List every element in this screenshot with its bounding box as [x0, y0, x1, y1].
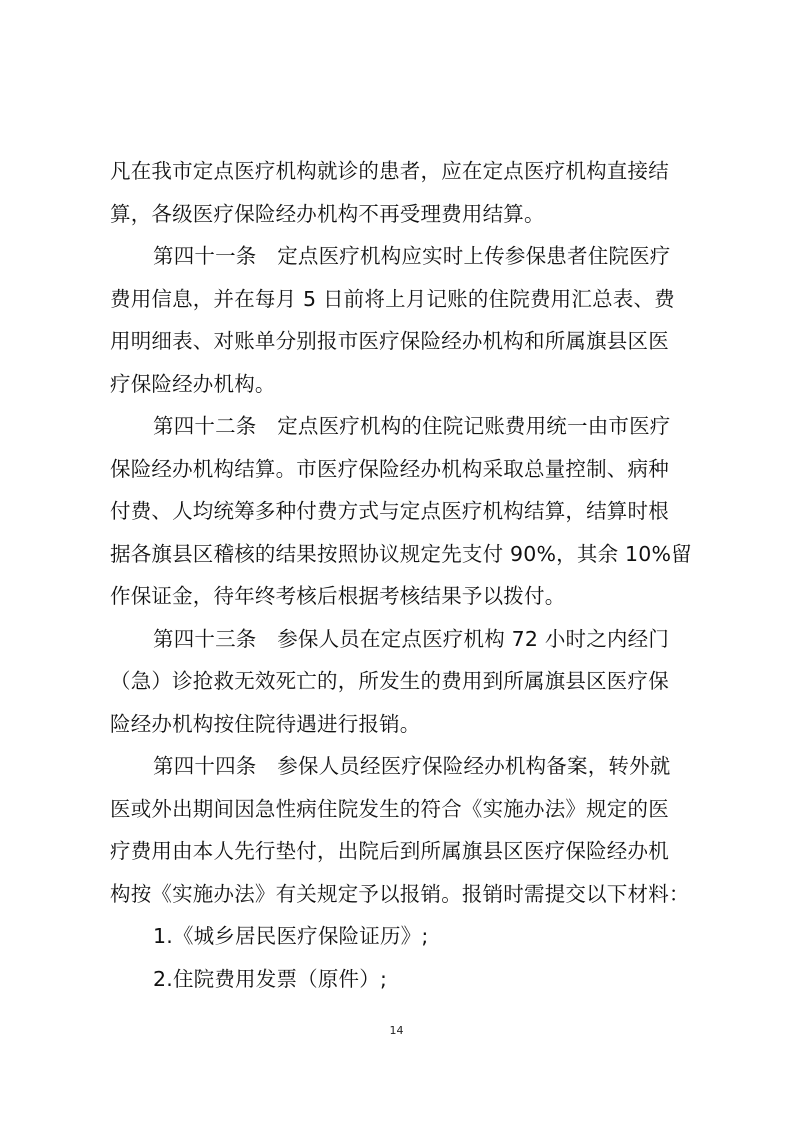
text-line: 疗费用由本人先行垫付，出院后到所属旗县区医疗保险经办机: [110, 830, 696, 873]
article-heading-line: 第四十二条 定点医疗机构的住院记账费用统一由市医疗: [110, 405, 696, 448]
text-line: 算，各级医疗保险经办机构不再受理费用结算。: [110, 193, 696, 236]
text-line: 据各旗县区稽核的结果按照协议规定先支付 90%，其余 10%留: [110, 533, 696, 576]
text-line: （急）诊抢救无效死亡的，所发生的费用到所属旗县区医疗保: [110, 660, 696, 703]
paragraph-continuation: 凡在我市定点医疗机构就诊的患者，应在定点医疗机构直接结 算，各级医疗保险经办机构…: [110, 150, 696, 235]
article-heading-line: 第四十三条 参保人员在定点医疗机构 72 小时之内经门: [110, 618, 696, 661]
list-item-1: 1.《城乡居民医疗保险证历》;: [110, 915, 696, 958]
document-page: 凡在我市定点医疗机构就诊的患者，应在定点医疗机构直接结 算，各级医疗保险经办机构…: [110, 150, 696, 1000]
text-line: 险经办机构按住院待遇进行报销。: [110, 703, 696, 746]
text-line: 医或外出期间因急性病住院发生的符合《实施办法》规定的医: [110, 788, 696, 831]
article-heading-line: 第四十一条 定点医疗机构应实时上传参保患者住院医疗: [110, 235, 696, 278]
text-line: 费用信息，并在每月 5 日前将上月记账的住院费用汇总表、费: [110, 278, 696, 321]
text-line: 付费、人均统筹多种付费方式与定点医疗机构结算，结算时根: [110, 490, 696, 533]
text-line: 构按《实施办法》有关规定予以报销。报销时需提交以下材料：: [110, 873, 696, 916]
list-item-text: 2.住院费用发票（原件）;: [110, 958, 696, 1001]
text-line: 疗保险经办机构。: [110, 363, 696, 406]
list-item-2: 2.住院费用发票（原件）;: [110, 958, 696, 1001]
article-42: 第四十二条 定点医疗机构的住院记账费用统一由市医疗 保险经办机构结算。市医疗保险…: [110, 405, 696, 618]
page-number: 14: [0, 1024, 793, 1037]
article-43: 第四十三条 参保人员在定点医疗机构 72 小时之内经门 （急）诊抢救无效死亡的，…: [110, 618, 696, 746]
text-line: 保险经办机构结算。市医疗保险经办机构采取总量控制、病种: [110, 448, 696, 491]
text-line: 用明细表、对账单分别报市医疗保险经办机构和所属旗县区医: [110, 320, 696, 363]
list-item-text: 1.《城乡居民医疗保险证历》;: [110, 915, 696, 958]
text-line: 作保证金，待年终考核后根据考核结果予以拨付。: [110, 575, 696, 618]
article-41: 第四十一条 定点医疗机构应实时上传参保患者住院医疗 费用信息，并在每月 5 日前…: [110, 235, 696, 405]
article-heading-line: 第四十四条 参保人员经医疗保险经办机构备案，转外就: [110, 745, 696, 788]
article-44: 第四十四条 参保人员经医疗保险经办机构备案，转外就 医或外出期间因急性病住院发生…: [110, 745, 696, 915]
text-line: 凡在我市定点医疗机构就诊的患者，应在定点医疗机构直接结: [110, 150, 696, 193]
